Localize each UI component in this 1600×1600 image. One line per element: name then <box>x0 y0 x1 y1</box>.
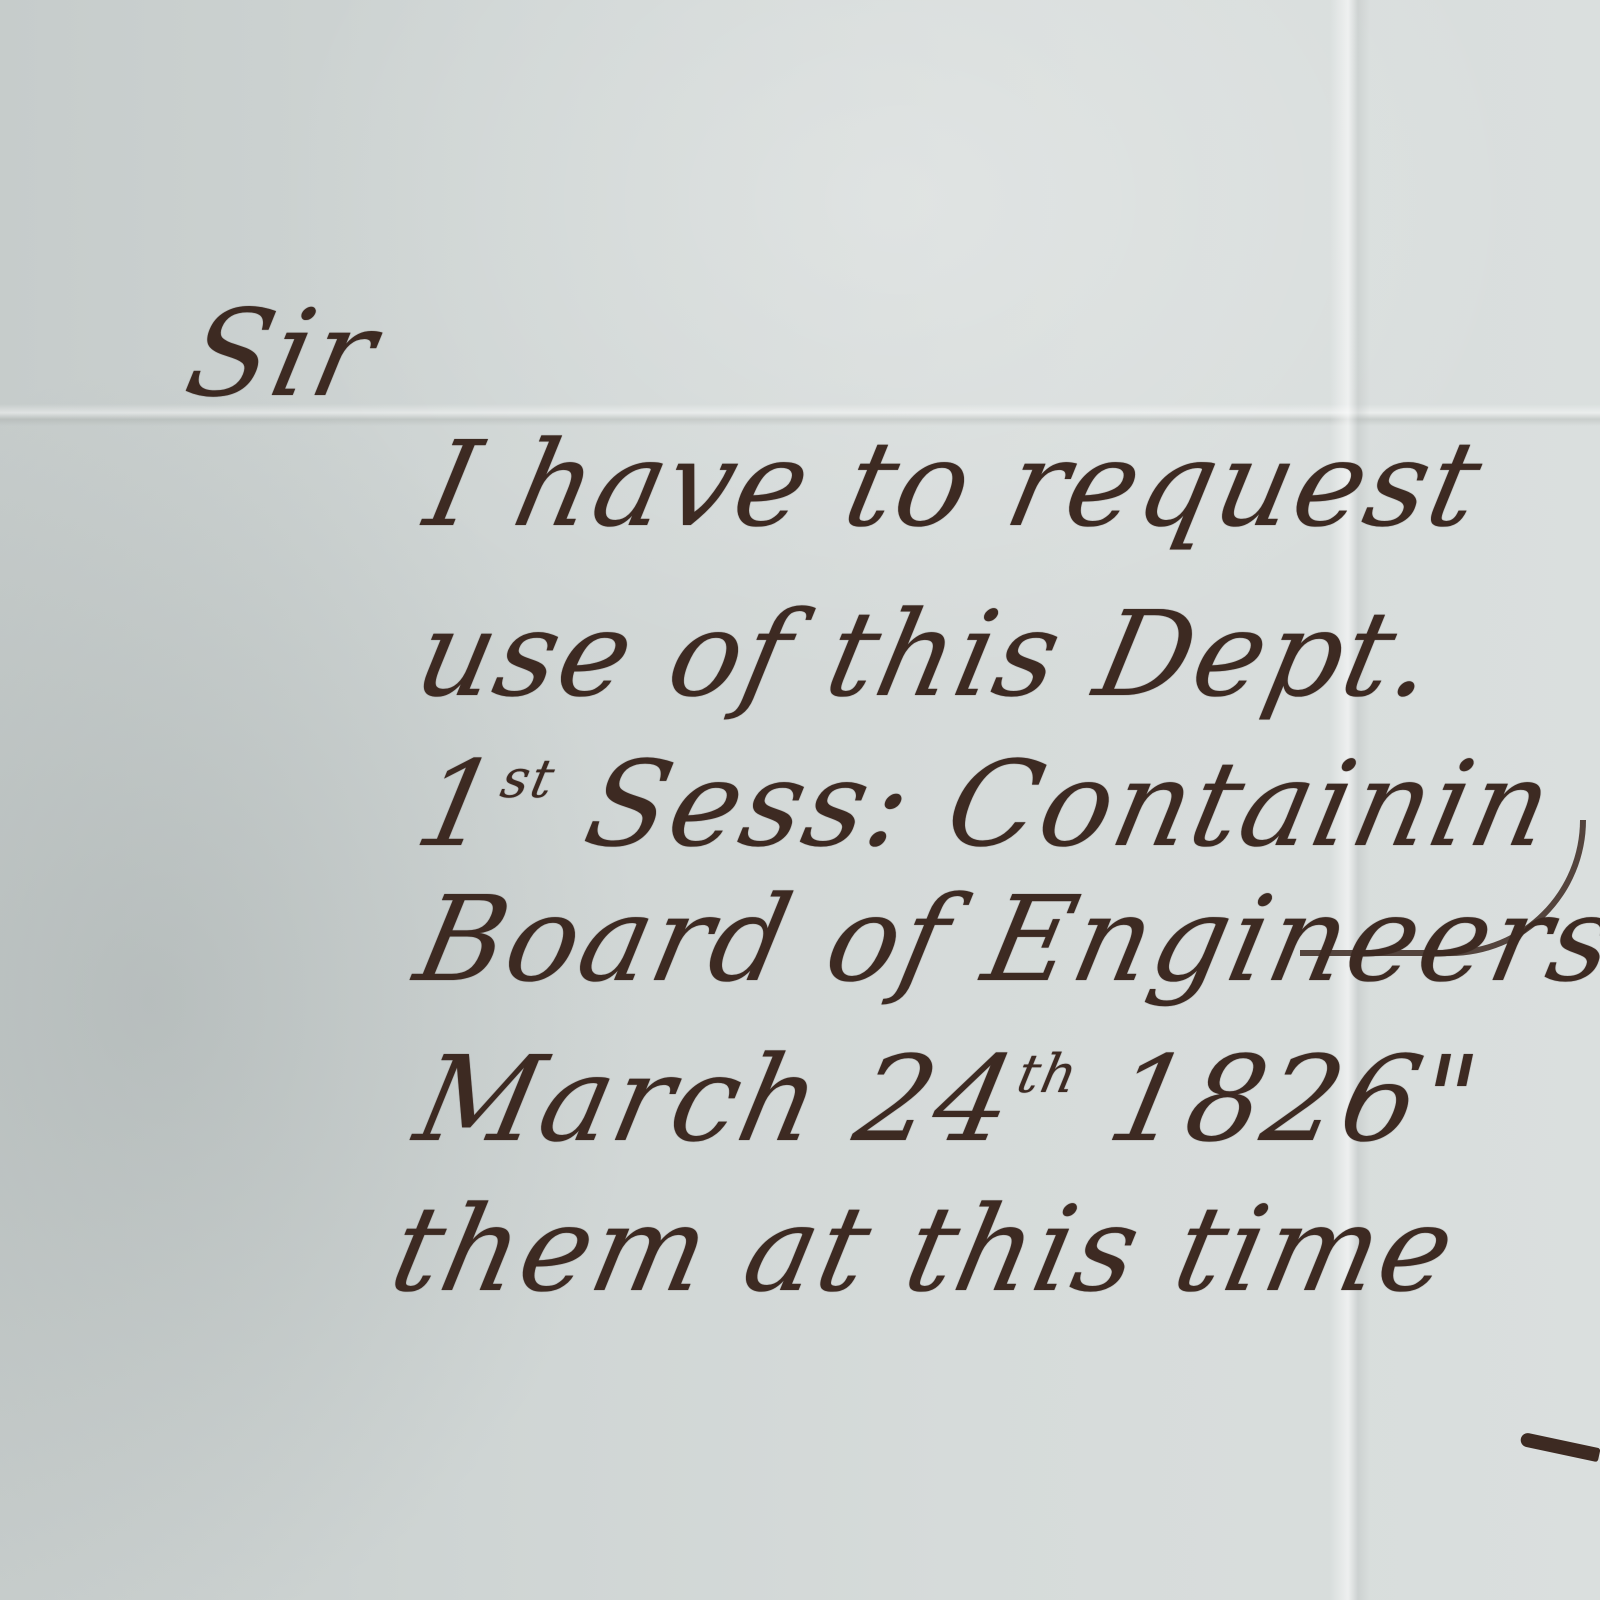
letter-line-1: I have to request <box>415 415 1494 553</box>
letter-line-6: them at this time <box>380 1180 1467 1318</box>
letter-line-5-date: March 24th 1826" <box>405 1030 1491 1168</box>
letter-page: Sir I have to request use of this Dept. … <box>0 0 1600 1600</box>
salutation: Sir <box>175 285 388 424</box>
date-year: 1826" <box>1058 1030 1491 1168</box>
ordinal-number: 1 <box>405 735 511 873</box>
ink-stroke-fragment <box>1519 1432 1600 1462</box>
date-month-day: March 24 <box>405 1030 1028 1168</box>
letter-line-2: use of this Dept. <box>405 585 1449 723</box>
